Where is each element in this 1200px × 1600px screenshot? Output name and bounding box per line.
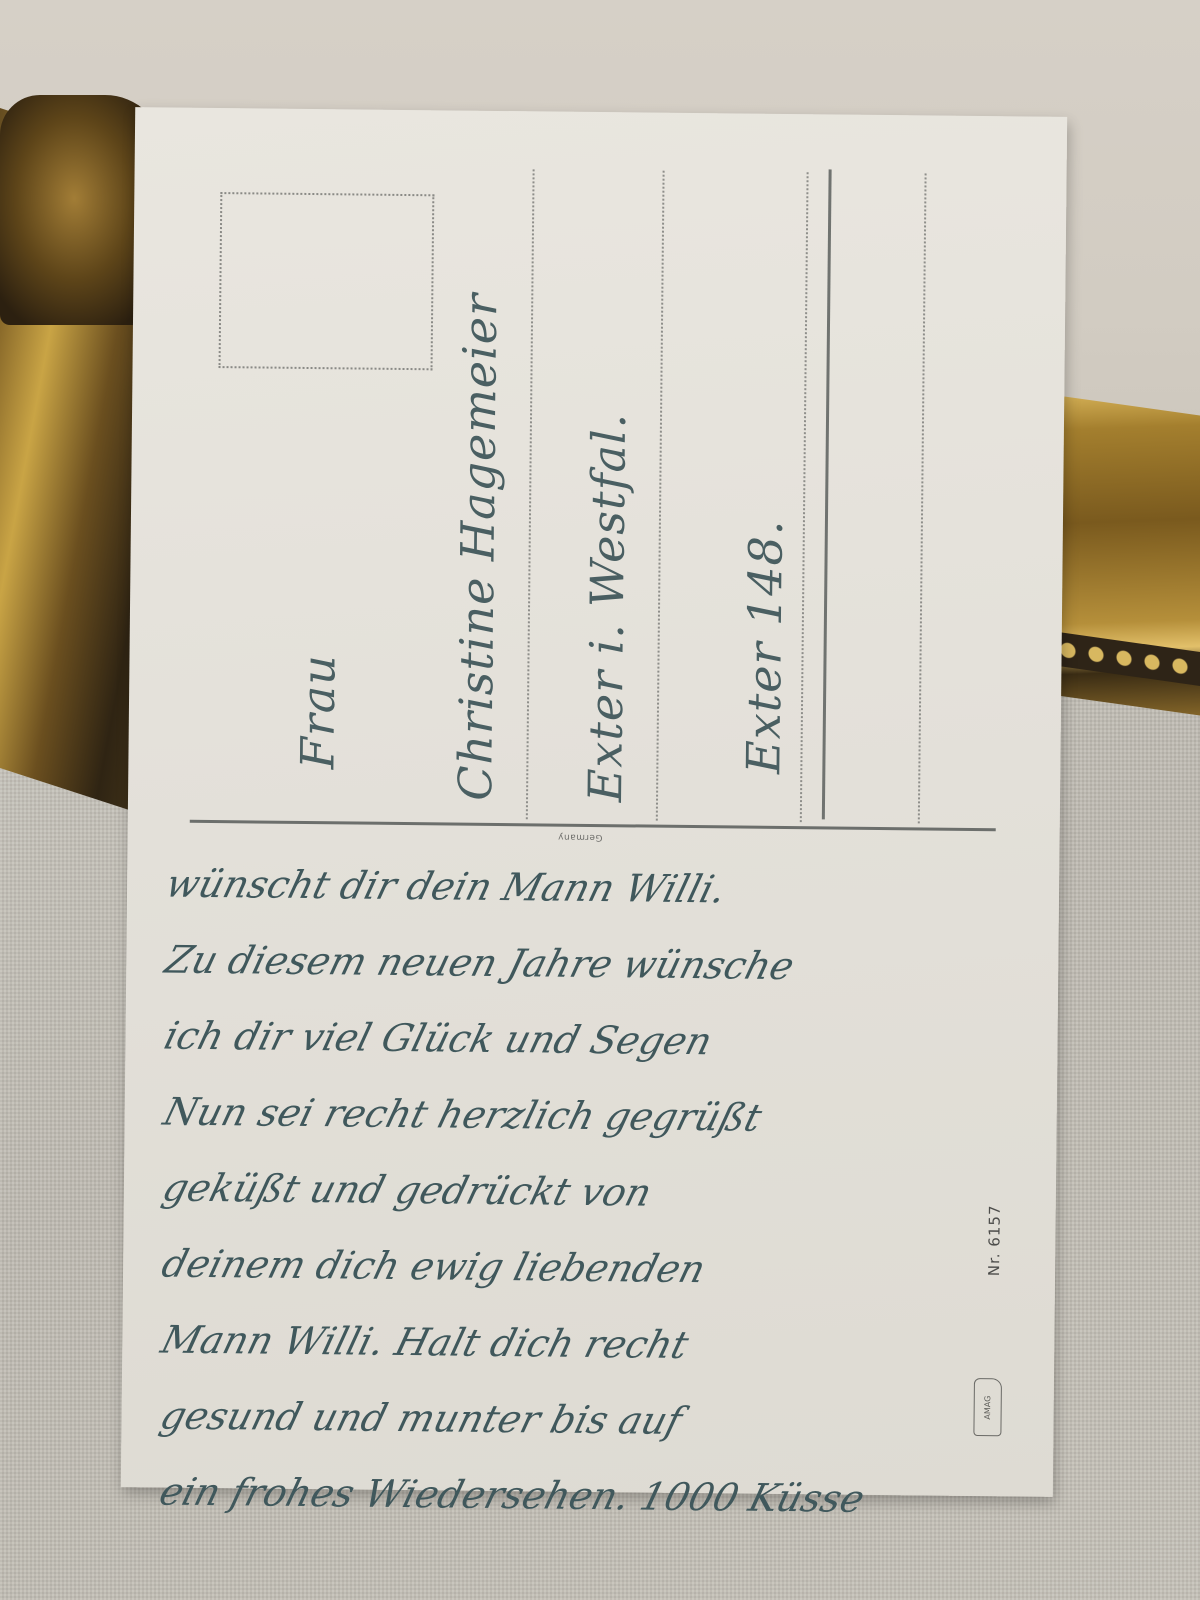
address-line-town: Exter i. Westfal.	[578, 412, 636, 802]
address-line-recipient-name: Christine Hagemeier	[448, 293, 507, 801]
publisher-logo-text: AMAG	[983, 1395, 992, 1419]
publisher-number: Nr. 6157	[985, 1204, 1004, 1276]
publisher-logo-icon: AMAG	[973, 1378, 1002, 1436]
message-line: wünscht dir dein Mann Willi.	[157, 846, 1037, 931]
address-dotted-line-2	[656, 171, 665, 821]
message-line: geküßt und gedrückt von	[154, 1150, 1034, 1235]
address-line-house: Exter 148.	[736, 519, 793, 774]
postcard-back: Frau Christine Hagemeier Exter i. Westfa…	[121, 107, 1067, 1497]
message-line: deinem dich ewig liebenden	[153, 1226, 1033, 1311]
address-dotted-line-4	[918, 173, 927, 823]
message-line: gesund und munter bis auf	[152, 1378, 1032, 1463]
address-line-recipient-title: Frau	[290, 654, 345, 770]
message-line: ein frohes Wiedersehen. 1000 Küsse	[151, 1454, 1031, 1539]
message-line: Mann Willi. Halt dich recht	[152, 1302, 1032, 1387]
address-dotted-line-1	[526, 169, 535, 819]
message-line: Zu diesem neuen Jahre wünsche	[156, 922, 1036, 1007]
handwritten-message: wünscht dir dein Mann Willi. Zu diesem n…	[160, 846, 1027, 1539]
message-line: ich dir viel Glück und Segen	[156, 998, 1036, 1083]
message-line: Nun sei recht herzlich gegrüßt	[155, 1074, 1035, 1159]
stamp-placeholder-box	[219, 192, 435, 370]
card-divider-line	[190, 820, 996, 831]
address-dotted-line-3	[800, 172, 809, 822]
address-solid-line	[822, 169, 832, 819]
country-imprint: Germany	[558, 832, 603, 842]
